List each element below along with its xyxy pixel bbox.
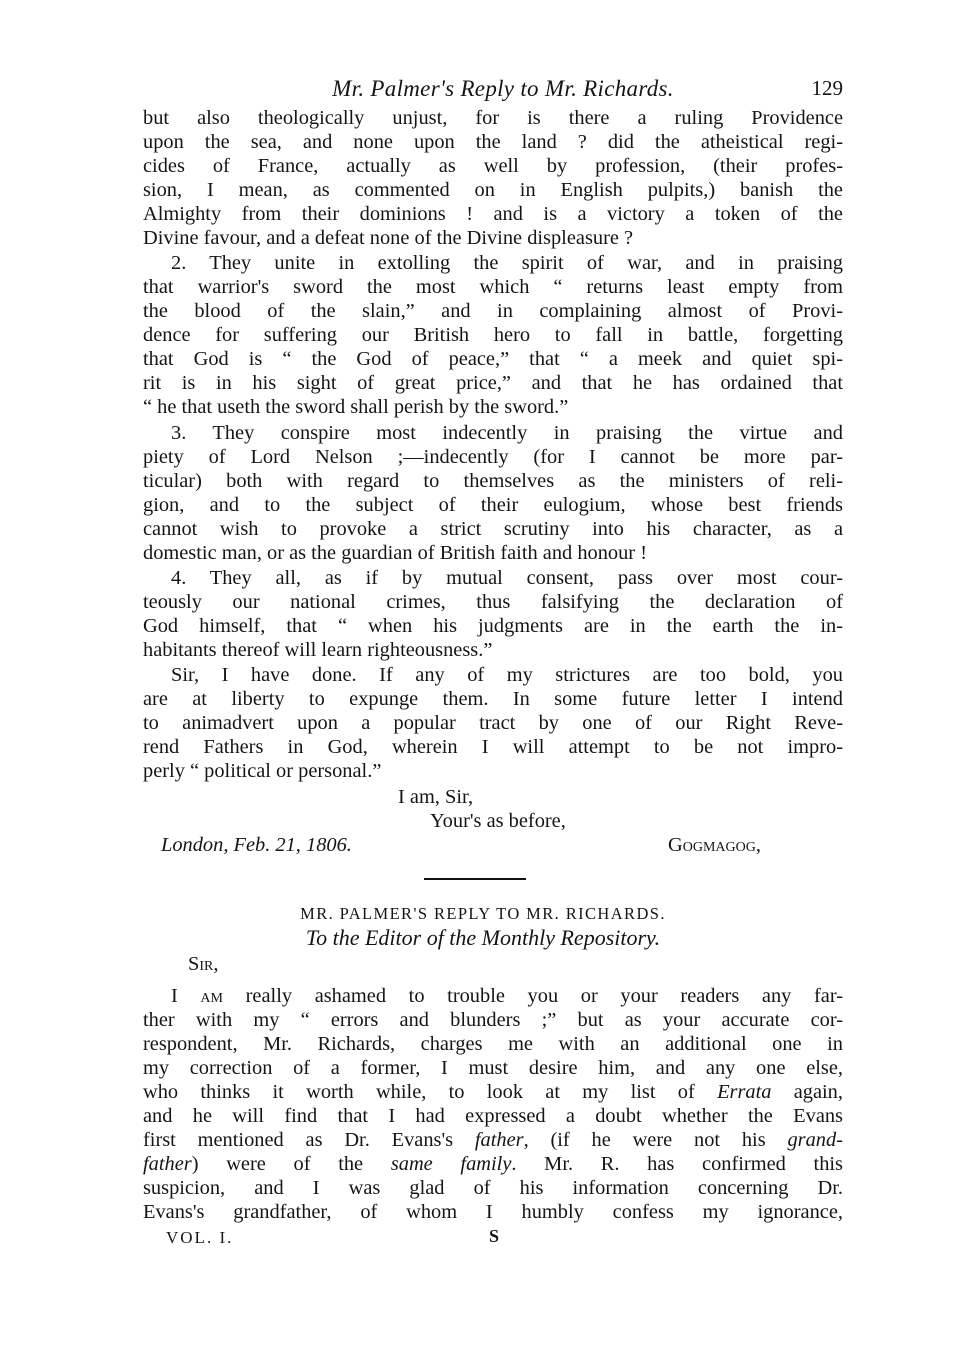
text-line: 3. They conspire most indecently in prai… bbox=[143, 421, 843, 445]
text-line: to animadvert upon a popular tract by on… bbox=[143, 711, 843, 735]
text-line: that warrior's sword the most which “ re… bbox=[143, 275, 843, 299]
running-head: Mr. Palmer's Reply to Mr. Richards. 129 bbox=[143, 76, 843, 104]
text-line: rend Fathers in God, wherein I will atte… bbox=[143, 735, 843, 759]
text-line: respondent, Mr. Richards, charges me wit… bbox=[143, 1032, 843, 1056]
text-span: who thinks it worth while, to look at my… bbox=[143, 1081, 717, 1103]
italic-span: Errata bbox=[717, 1081, 771, 1103]
italic-span: grand- bbox=[787, 1129, 843, 1151]
text-line: and he will find that I had expressed a … bbox=[143, 1104, 843, 1128]
signature-mark: S bbox=[489, 1226, 499, 1247]
text-line: I am really ashamed to trouble you or yo… bbox=[143, 984, 843, 1008]
text-line: upon the sea, and none upon the land ? d… bbox=[143, 130, 843, 154]
text-span: , (if he were not his bbox=[524, 1129, 788, 1151]
text-span: first mentioned as Dr. Evans's bbox=[143, 1129, 475, 1151]
italic-span: father bbox=[475, 1129, 524, 1151]
text-line: sion, I mean, as commented on in English… bbox=[143, 178, 843, 202]
text-span: . Mr. R. has confirmed this bbox=[511, 1153, 843, 1175]
text-line: piety of Lord Nelson ;—indecently (for I… bbox=[143, 445, 843, 469]
text-line: suspicion, and I was glad of his informa… bbox=[143, 1176, 843, 1200]
section-divider bbox=[424, 878, 526, 880]
volume-marker: VOL. I. bbox=[166, 1228, 233, 1248]
text-line: Divine favour, and a defeat none of the … bbox=[143, 226, 843, 250]
text-span: ) were of the bbox=[192, 1153, 391, 1175]
text-line: but also theologically unjust, for is th… bbox=[143, 106, 843, 130]
text-line: Evans's grandfather, of whom I humbly co… bbox=[143, 1200, 843, 1224]
signature: Gogmagog, bbox=[668, 833, 828, 857]
text-line: gion, and to the subject of their eulogi… bbox=[143, 493, 843, 517]
text-line: habitants thereof will learn righteousne… bbox=[143, 638, 843, 662]
text-line: rit is in his sight of great price,” and… bbox=[143, 371, 843, 395]
italic-span: same family bbox=[391, 1153, 512, 1175]
text-line: that God is “ the God of peace,” that “ … bbox=[143, 347, 843, 371]
running-title: Mr. Palmer's Reply to Mr. Richards. bbox=[143, 76, 843, 102]
salutation: Sir, bbox=[188, 952, 388, 976]
text-line: who thinks it worth while, to look at my… bbox=[143, 1080, 843, 1104]
text-line: cides of France, actually as well by pro… bbox=[143, 154, 843, 178]
page-number: 129 bbox=[812, 76, 844, 101]
text-span: really ashamed to trouble you or your re… bbox=[223, 985, 843, 1007]
text-span: again, bbox=[771, 1081, 843, 1103]
text-line: 2. They unite in extolling the spirit of… bbox=[143, 251, 843, 275]
closing-line: Your's as before, bbox=[430, 809, 730, 833]
text-line: cannot wish to provoke a strict scrutiny… bbox=[143, 517, 843, 541]
text-line: are at liberty to expunge them. In some … bbox=[143, 687, 843, 711]
text-line: God himself, that “ when his judgments a… bbox=[143, 614, 843, 638]
text-line: ther with my “ errors and blunders ;” bu… bbox=[143, 1008, 843, 1032]
text-line: domestic man, or as the guardian of Brit… bbox=[143, 541, 843, 565]
text-line: perly “ political or personal.” bbox=[143, 759, 843, 783]
italic-span: father bbox=[143, 1153, 192, 1175]
text-line: “ he that useth the sword shall perish b… bbox=[143, 395, 843, 419]
opening-smallcaps: I am bbox=[171, 985, 223, 1007]
text-line: teously our national crimes, thus falsif… bbox=[143, 590, 843, 614]
article-heading-text: Mr. Palmer's Reply to Mr. Richards. bbox=[300, 904, 666, 923]
text-line: 4. They all, as if by mutual consent, pa… bbox=[143, 566, 843, 590]
closing-line: I am, Sir, bbox=[398, 785, 698, 809]
text-line: dence for suffering our British hero to … bbox=[143, 323, 843, 347]
text-line: Almighty from their dominions ! and is a… bbox=[143, 202, 843, 226]
text-line: father) were of the same family. Mr. R. … bbox=[143, 1152, 843, 1176]
text-line: my correction of a former, I must desire… bbox=[143, 1056, 843, 1080]
article-subheading: To the Editor of the Monthly Repository. bbox=[183, 926, 783, 950]
text-line: ticular) both with regard to themselves … bbox=[143, 469, 843, 493]
text-line: the blood of the slain,” and in complain… bbox=[143, 299, 843, 323]
text-line: first mentioned as Dr. Evans's father, (… bbox=[143, 1128, 843, 1152]
article-heading: Mr. Palmer's Reply to Mr. Richards. bbox=[183, 902, 783, 926]
place-date: London, Feb. 21, 1806. bbox=[161, 833, 481, 857]
text-line: Sir, I have done. If any of my stricture… bbox=[143, 663, 843, 687]
